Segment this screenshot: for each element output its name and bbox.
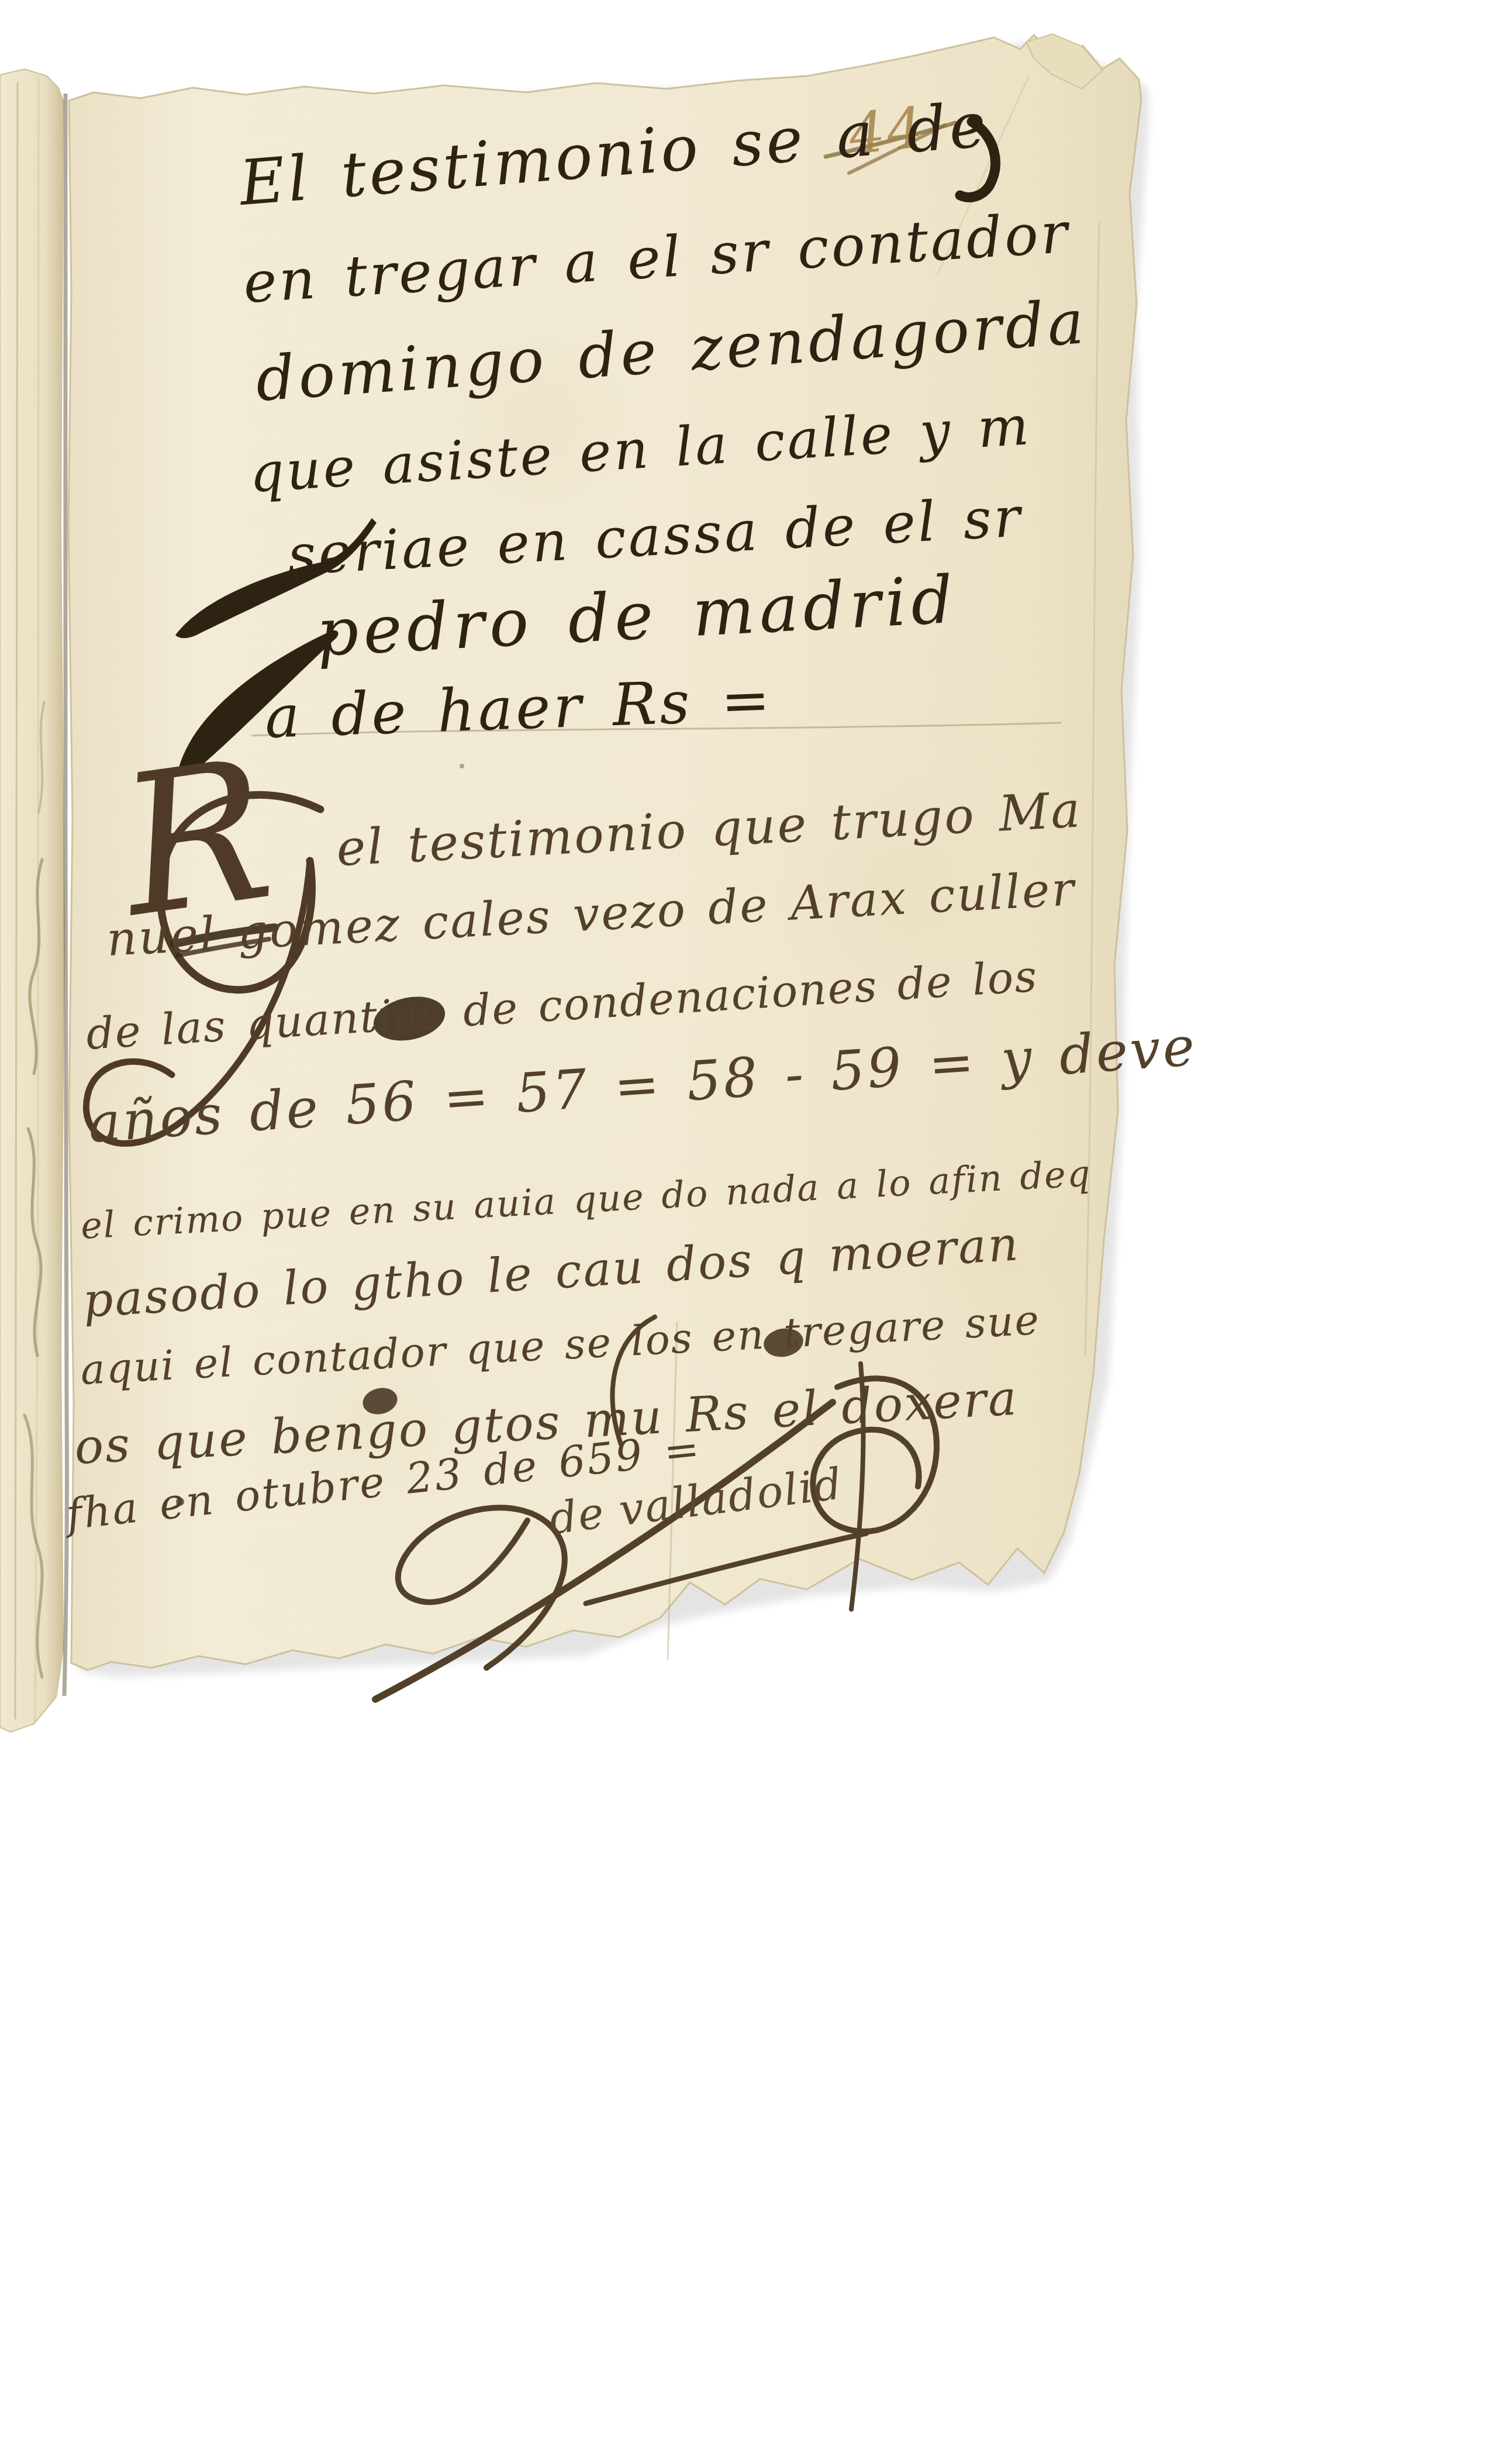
gutter-crease [64, 94, 67, 1696]
ink-speck-3 [460, 764, 464, 768]
scanned-manuscript-page: 44 El testimonio se a de en tregar a el … [0, 0, 1512, 2449]
